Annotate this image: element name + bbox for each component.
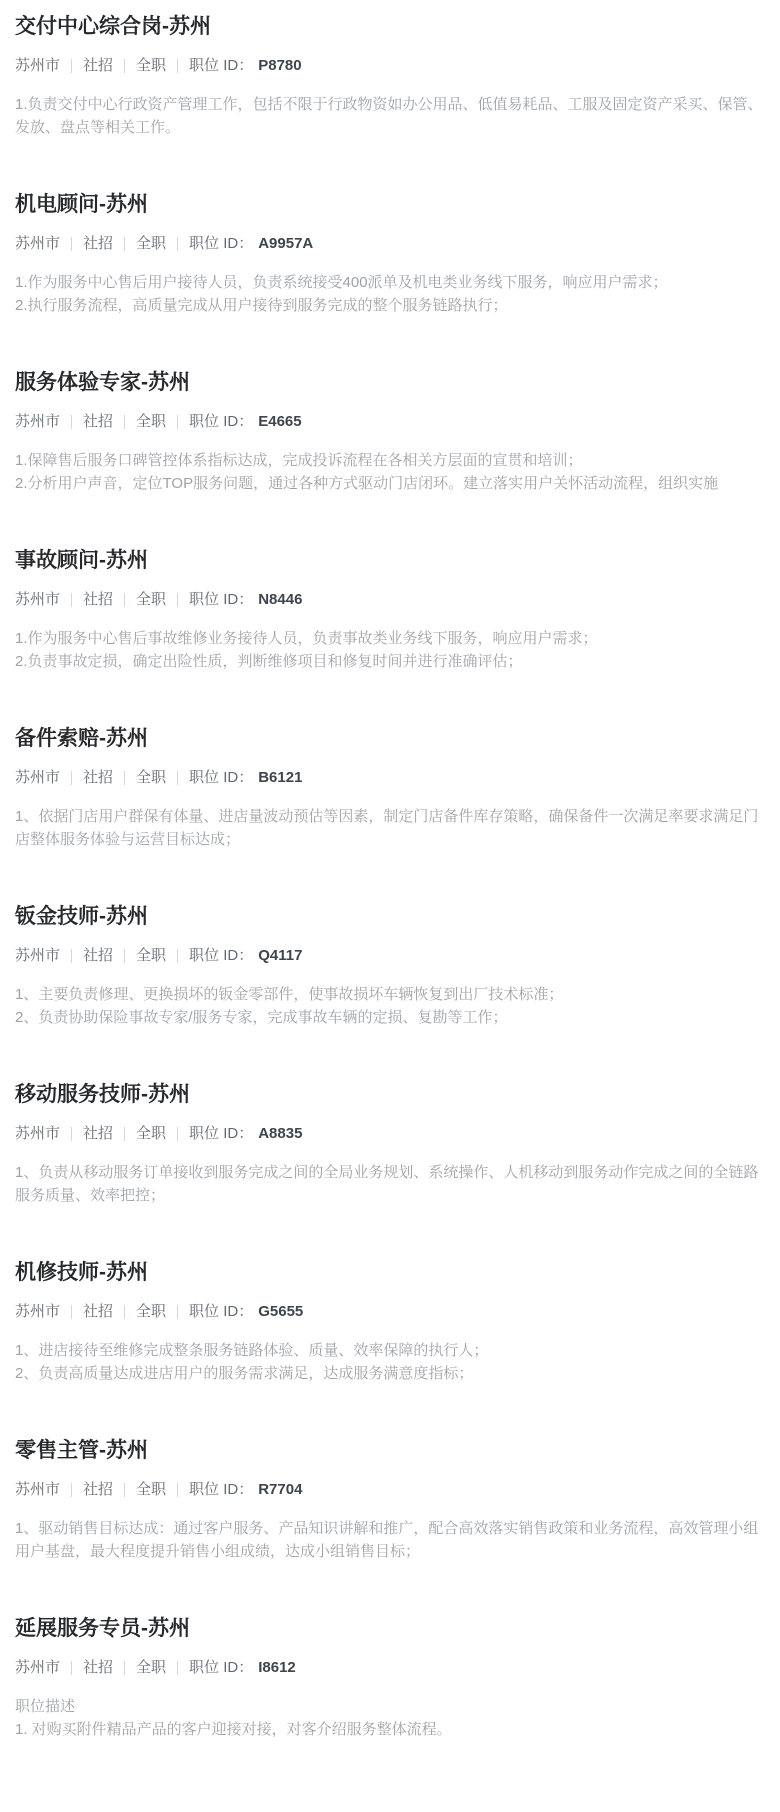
job-meta: 苏州市 社招 全职 职位 ID： R7704: [15, 1479, 765, 1500]
meta-city: 苏州市: [15, 1479, 60, 1500]
job-listing: 钣金技师-苏州 苏州市 社招 全职 职位 ID： Q4117 1、主要负责修理、…: [15, 902, 765, 1029]
meta-job-id-label: 职位 ID：: [189, 1479, 253, 1500]
meta-separator: [177, 1661, 178, 1675]
meta-separator: [177, 771, 178, 785]
job-description-line: 1、负责从移动服务订单接收到服务完成之间的全局业务规划、系统操作、人机移动到服务…: [15, 1161, 765, 1207]
meta-recruit-type: 社招: [83, 411, 113, 432]
meta-employment-type: 全职: [136, 233, 166, 254]
job-description: 1.作为服务中心售后事故维修业务接待人员，负责事故类业务线下服务，响应用户需求；…: [15, 627, 765, 673]
meta-separator: [71, 1127, 72, 1141]
job-meta: 苏州市 社招 全职 职位 ID： G5655: [15, 1301, 765, 1322]
meta-job-id-label: 职位 ID：: [189, 589, 253, 610]
job-meta: 苏州市 社招 全职 职位 ID： P8780: [15, 55, 765, 76]
meta-job-id-value: N8446: [258, 589, 302, 610]
meta-employment-type: 全职: [136, 1479, 166, 1500]
job-description-line: 1. 对购买附件精品产品的客户迎接对接，对客介绍服务整体流程。: [15, 1718, 765, 1741]
job-description-line: 职位描述: [15, 1695, 765, 1718]
meta-job-id-value: R7704: [258, 1479, 302, 1500]
meta-recruit-type: 社招: [83, 1301, 113, 1322]
job-description-line: 1、主要负责修理、更换损坏的钣金零部件，使事故损坏车辆恢复到出厂技术标准；: [15, 983, 765, 1006]
job-meta: 苏州市 社招 全职 职位 ID： N8446: [15, 589, 765, 610]
meta-employment-type: 全职: [136, 767, 166, 788]
job-description: 1.负责交付中心行政资产管理工作，包括不限于行政物资如办公用品、低值易耗品、工服…: [15, 93, 765, 139]
job-description: 1、负责从移动服务订单接收到服务完成之间的全局业务规划、系统操作、人机移动到服务…: [15, 1161, 765, 1207]
meta-separator: [124, 593, 125, 607]
meta-job-id-value: Q4117: [258, 945, 302, 966]
job-listing: 零售主管-苏州 苏州市 社招 全职 职位 ID： R7704 1、驱动销售目标达…: [15, 1436, 765, 1563]
meta-separator: [124, 1661, 125, 1675]
job-description-line: 2、负责协助保险事故专家/服务专家，完成事故车辆的定损、复勘等工作；: [15, 1006, 765, 1029]
meta-city: 苏州市: [15, 411, 60, 432]
meta-separator: [71, 237, 72, 251]
job-description: 职位描述1. 对购买附件精品产品的客户迎接对接，对客介绍服务整体流程。: [15, 1695, 765, 1741]
job-title[interactable]: 机电顾问-苏州: [15, 190, 765, 220]
meta-recruit-type: 社招: [83, 767, 113, 788]
job-title[interactable]: 事故顾问-苏州: [15, 546, 765, 576]
job-description-line: 1、进店接待至维修完成整条服务链路体验、质量、效率保障的执行人；: [15, 1339, 765, 1362]
job-listing: 移动服务技师-苏州 苏州市 社招 全职 职位 ID： A8835 1、负责从移动…: [15, 1080, 765, 1207]
meta-employment-type: 全职: [136, 589, 166, 610]
meta-separator: [124, 1305, 125, 1319]
meta-recruit-type: 社招: [83, 233, 113, 254]
job-description-line: 2.分析用户声音，定位TOP服务问题，通过各种方式驱动门店闭环。建立落实用户关怀…: [15, 472, 765, 495]
job-description-line: 1、依据门店用户群保有体量、进店量波动预估等因素，制定门店备件库存策略，确保备件…: [15, 805, 765, 851]
meta-separator: [177, 949, 178, 963]
meta-job-id-label: 职位 ID：: [189, 55, 253, 76]
job-list: 交付中心综合岗-苏州 苏州市 社招 全职 职位 ID： P8780 1.负责交付…: [15, 12, 765, 1741]
meta-job-id-label: 职位 ID：: [189, 1301, 253, 1322]
meta-separator: [124, 237, 125, 251]
meta-job-id-label: 职位 ID：: [189, 945, 253, 966]
meta-job-id-value: I8612: [258, 1657, 296, 1678]
meta-job-id-value: G5655: [258, 1301, 303, 1322]
meta-separator: [124, 1127, 125, 1141]
job-meta: 苏州市 社招 全职 职位 ID： E4665: [15, 411, 765, 432]
meta-separator: [124, 1483, 125, 1497]
job-listing: 事故顾问-苏州 苏州市 社招 全职 职位 ID： N8446 1.作为服务中心售…: [15, 546, 765, 673]
job-description-line: 1.作为服务中心售后事故维修业务接待人员，负责事故类业务线下服务，响应用户需求；: [15, 627, 765, 650]
meta-separator: [124, 415, 125, 429]
job-title[interactable]: 延展服务专员-苏州: [15, 1614, 765, 1644]
job-listing: 延展服务专员-苏州 苏州市 社招 全职 职位 ID： I8612 职位描述1. …: [15, 1614, 765, 1741]
meta-city: 苏州市: [15, 1301, 60, 1322]
job-title[interactable]: 机修技师-苏州: [15, 1258, 765, 1288]
meta-job-id-label: 职位 ID：: [189, 767, 253, 788]
meta-separator: [177, 593, 178, 607]
job-listing: 服务体验专家-苏州 苏州市 社招 全职 职位 ID： E4665 1.保障售后服…: [15, 368, 765, 495]
job-title[interactable]: 服务体验专家-苏州: [15, 368, 765, 398]
job-description-line: 2.执行服务流程，高质量完成从用户接待到服务完成的整个服务链路执行；: [15, 294, 765, 317]
job-title[interactable]: 钣金技师-苏州: [15, 902, 765, 932]
job-description: 1.保障售后服务口碑管控体系指标达成，完成投诉流程在各相关方层面的宣贯和培训；2…: [15, 449, 765, 495]
meta-separator: [71, 771, 72, 785]
meta-job-id-value: E4665: [258, 411, 301, 432]
meta-separator: [71, 59, 72, 73]
meta-job-id-value: A8835: [258, 1123, 302, 1144]
job-listing-page: 交付中心综合岗-苏州 苏州市 社招 全职 职位 ID： P8780 1.负责交付…: [0, 0, 780, 1812]
meta-city: 苏州市: [15, 233, 60, 254]
meta-job-id-value: P8780: [258, 55, 301, 76]
meta-job-id-label: 职位 ID：: [189, 1123, 253, 1144]
job-description-line: 1.保障售后服务口碑管控体系指标达成，完成投诉流程在各相关方层面的宣贯和培训；: [15, 449, 765, 472]
meta-job-id-label: 职位 ID：: [189, 1657, 253, 1678]
meta-recruit-type: 社招: [83, 1123, 113, 1144]
job-description: 1、驱动销售目标达成：通过客户服务、产品知识讲解和推广，配合高效落实销售政策和业…: [15, 1517, 765, 1563]
meta-separator: [124, 59, 125, 73]
meta-city: 苏州市: [15, 1123, 60, 1144]
meta-city: 苏州市: [15, 945, 60, 966]
job-meta: 苏州市 社招 全职 职位 ID： A9957A: [15, 233, 765, 254]
job-description-line: 1.作为服务中心售后用户接待人员，负责系统接受400派单及机电类业务线下服务，响…: [15, 271, 765, 294]
job-meta: 苏州市 社招 全职 职位 ID： B6121: [15, 767, 765, 788]
job-title[interactable]: 交付中心综合岗-苏州: [15, 12, 765, 42]
meta-separator: [71, 593, 72, 607]
meta-separator: [124, 771, 125, 785]
meta-city: 苏州市: [15, 55, 60, 76]
meta-separator: [177, 59, 178, 73]
meta-recruit-type: 社招: [83, 1479, 113, 1500]
meta-recruit-type: 社招: [83, 1657, 113, 1678]
job-title[interactable]: 零售主管-苏州: [15, 1436, 765, 1466]
meta-separator: [177, 415, 178, 429]
job-description: 1、主要负责修理、更换损坏的钣金零部件，使事故损坏车辆恢复到出厂技术标准；2、负…: [15, 983, 765, 1029]
meta-recruit-type: 社招: [83, 945, 113, 966]
job-description: 1、进店接待至维修完成整条服务链路体验、质量、效率保障的执行人；2、负责高质量达…: [15, 1339, 765, 1385]
meta-job-id-label: 职位 ID：: [189, 411, 253, 432]
meta-job-id-label: 职位 ID：: [189, 233, 253, 254]
meta-recruit-type: 社招: [83, 589, 113, 610]
job-description-line: 2.负责事故定损，确定出险性质，判断维修项目和修复时间并进行准确评估；: [15, 650, 765, 673]
meta-job-id-value: A9957A: [258, 233, 313, 254]
job-meta: 苏州市 社招 全职 职位 ID： I8612: [15, 1657, 765, 1678]
job-description: 1、依据门店用户群保有体量、进店量波动预估等因素，制定门店备件库存策略，确保备件…: [15, 805, 765, 851]
job-title[interactable]: 移动服务技师-苏州: [15, 1080, 765, 1110]
meta-separator: [177, 1305, 178, 1319]
job-description-line: 2、负责高质量达成进店用户的服务需求满足，达成服务满意度指标；: [15, 1362, 765, 1385]
job-listing: 交付中心综合岗-苏州 苏州市 社招 全职 职位 ID： P8780 1.负责交付…: [15, 12, 765, 139]
meta-separator: [71, 1305, 72, 1319]
meta-employment-type: 全职: [136, 1301, 166, 1322]
meta-employment-type: 全职: [136, 411, 166, 432]
meta-job-id-value: B6121: [258, 767, 302, 788]
meta-employment-type: 全职: [136, 945, 166, 966]
meta-city: 苏州市: [15, 589, 60, 610]
job-description-line: 1、驱动销售目标达成：通过客户服务、产品知识讲解和推广，配合高效落实销售政策和业…: [15, 1517, 765, 1563]
job-listing: 机电顾问-苏州 苏州市 社招 全职 职位 ID： A9957A 1.作为服务中心…: [15, 190, 765, 317]
meta-separator: [71, 415, 72, 429]
meta-separator: [177, 1127, 178, 1141]
job-meta: 苏州市 社招 全职 职位 ID： A8835: [15, 1123, 765, 1144]
meta-city: 苏州市: [15, 767, 60, 788]
job-listing: 备件索赔-苏州 苏州市 社招 全职 职位 ID： B6121 1、依据门店用户群…: [15, 724, 765, 851]
meta-employment-type: 全职: [136, 55, 166, 76]
meta-city: 苏州市: [15, 1657, 60, 1678]
job-meta: 苏州市 社招 全职 职位 ID： Q4117: [15, 945, 765, 966]
meta-separator: [124, 949, 125, 963]
job-description: 1.作为服务中心售后用户接待人员，负责系统接受400派单及机电类业务线下服务，响…: [15, 271, 765, 317]
meta-employment-type: 全职: [136, 1657, 166, 1678]
meta-separator: [71, 1483, 72, 1497]
meta-separator: [71, 1661, 72, 1675]
meta-recruit-type: 社招: [83, 55, 113, 76]
meta-separator: [177, 1483, 178, 1497]
meta-separator: [177, 237, 178, 251]
job-description-line: 1.负责交付中心行政资产管理工作，包括不限于行政物资如办公用品、低值易耗品、工服…: [15, 93, 765, 139]
meta-separator: [71, 949, 72, 963]
meta-employment-type: 全职: [136, 1123, 166, 1144]
job-title[interactable]: 备件索赔-苏州: [15, 724, 765, 754]
job-listing: 机修技师-苏州 苏州市 社招 全职 职位 ID： G5655 1、进店接待至维修…: [15, 1258, 765, 1385]
